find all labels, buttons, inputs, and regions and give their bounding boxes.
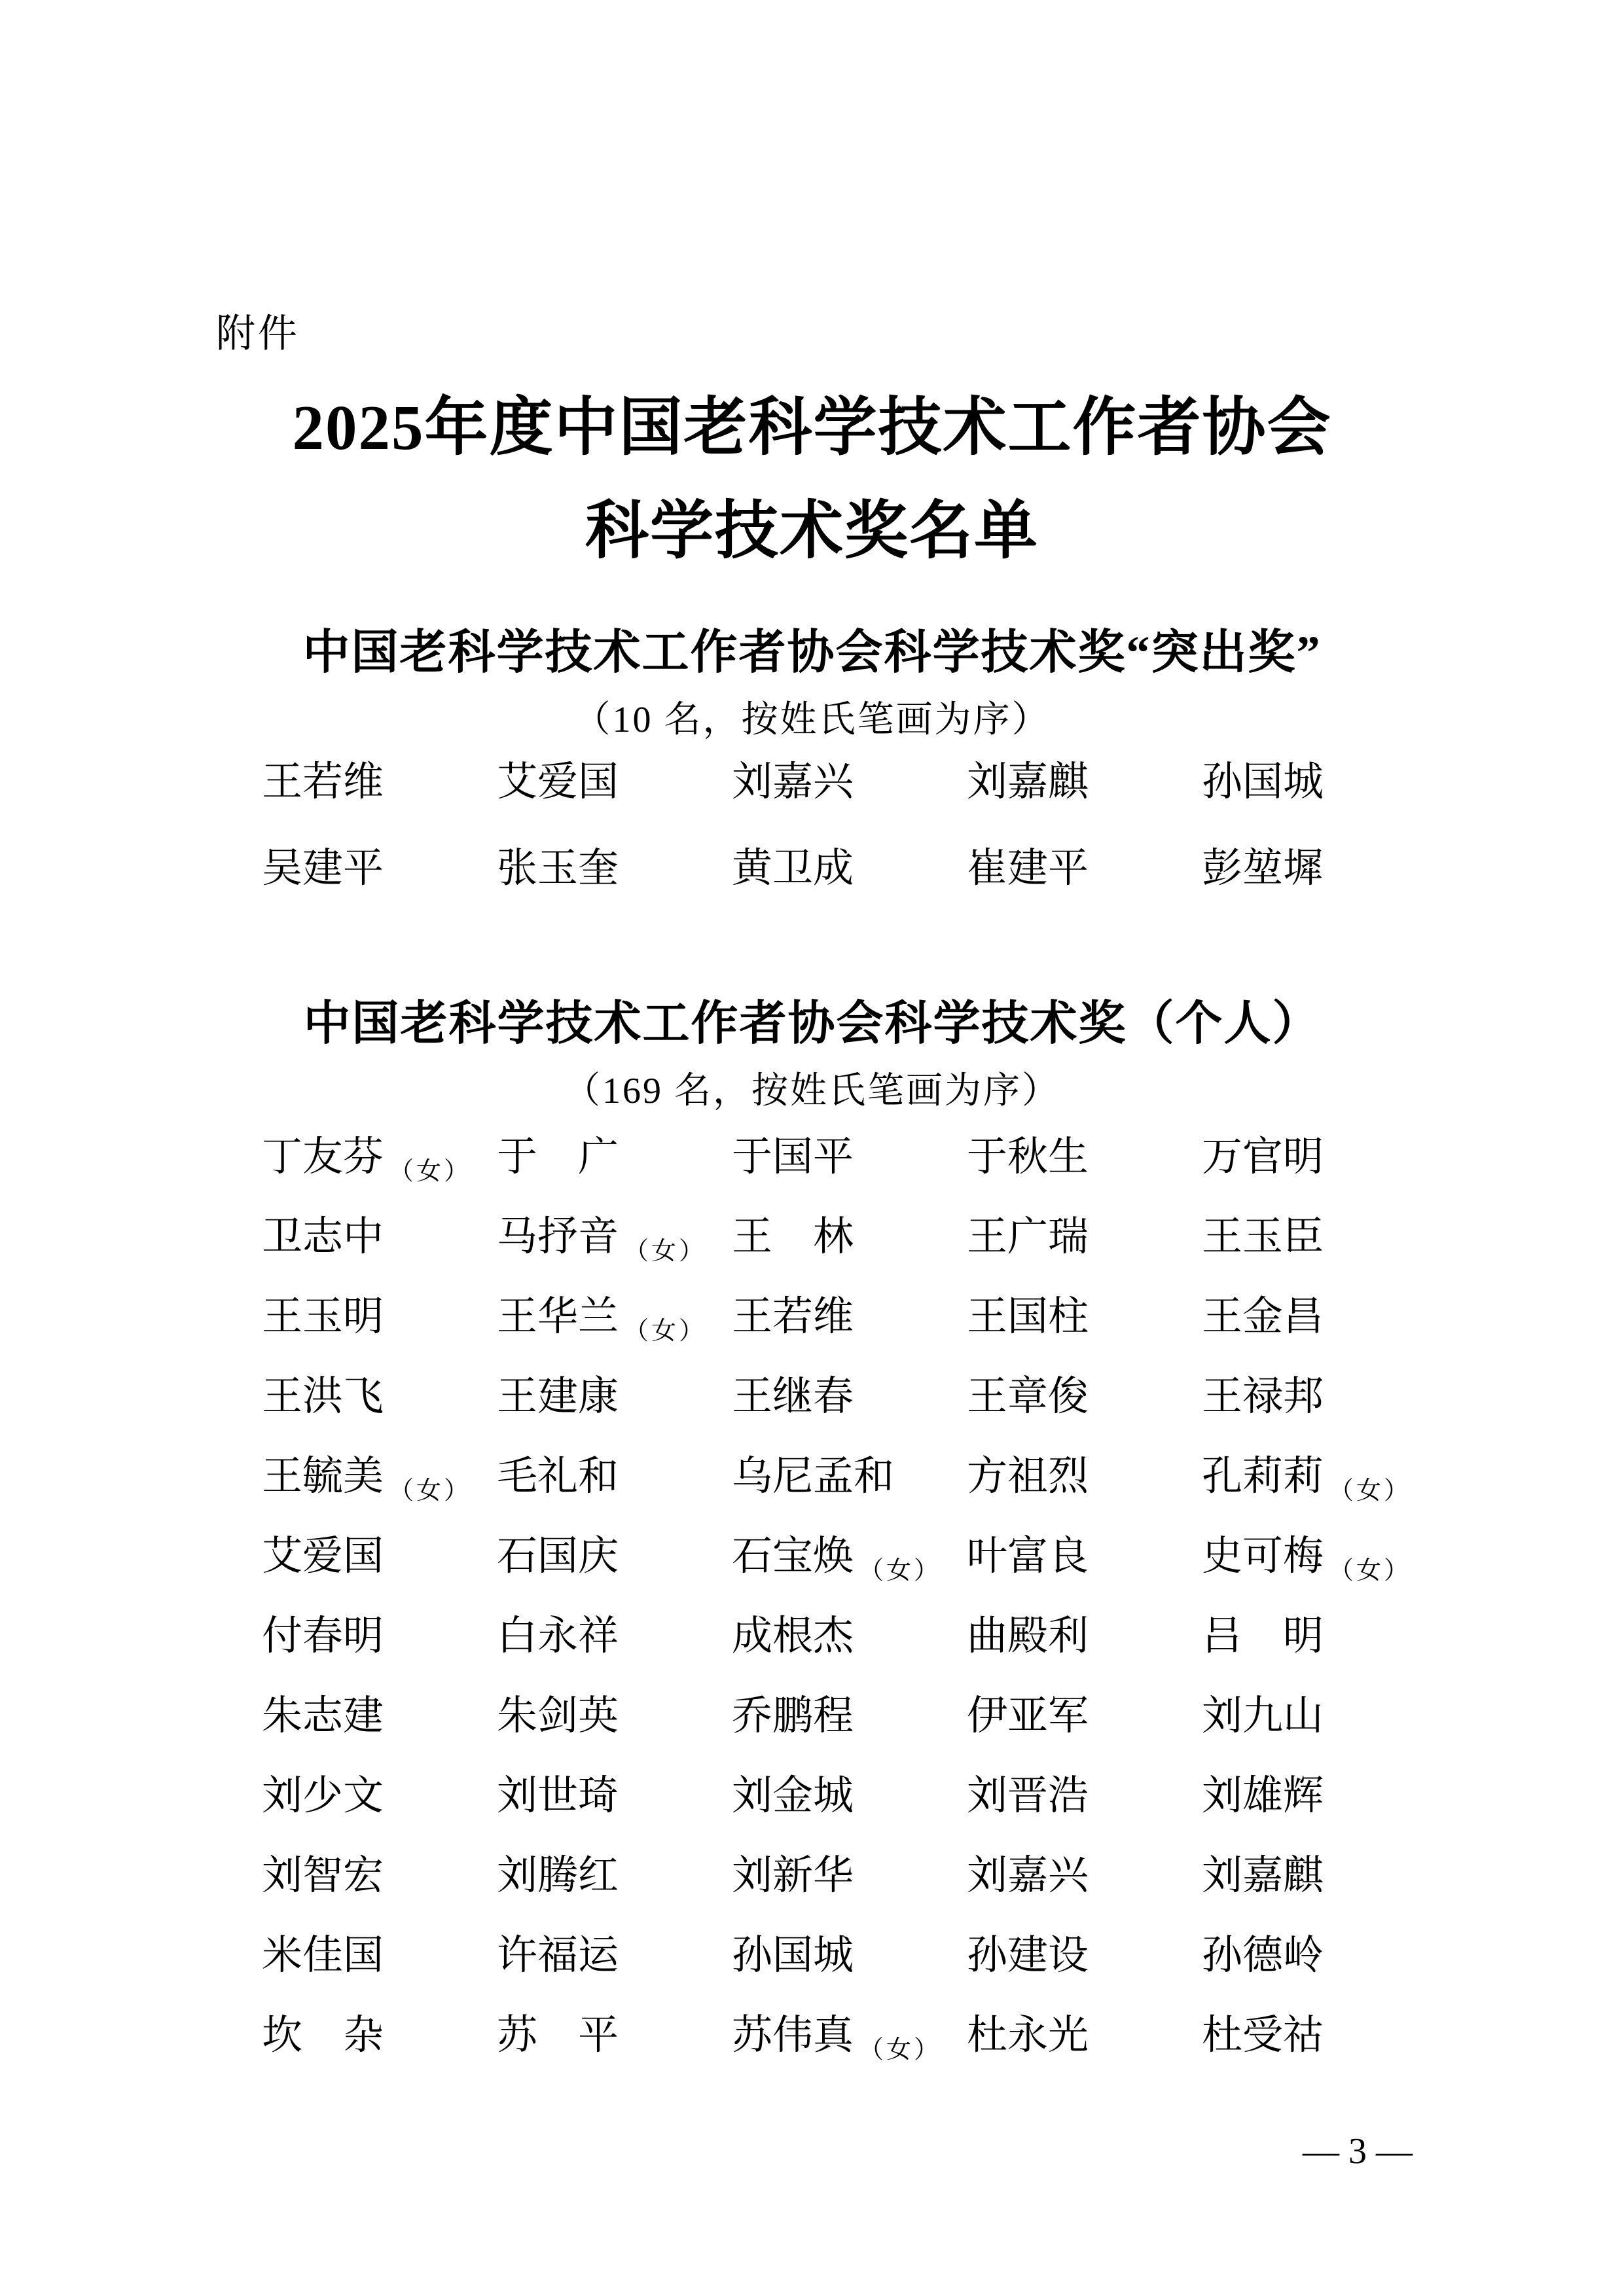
awardee-name-text: 王金昌 [1202,1294,1324,1340]
awardee-name: 王禄邦 [1202,1374,1437,1454]
awardee-name: 刘少文 [262,1773,497,1853]
awardee-name: 王国柱 [967,1294,1202,1374]
awardee-name: 万官明 [1202,1134,1437,1214]
awardee-name: 王洪飞 [262,1374,497,1454]
awardee-name-text: 史可梅 [1202,1534,1324,1579]
awardee-name-text: 艾爱国 [497,759,619,805]
awardee-name: 叶富良 [967,1534,1202,1613]
gender-note: （女） [389,1149,471,1194]
awardee-name-text: 王华兰 [497,1294,619,1340]
awardee-name-text: 刘嘉兴 [732,759,854,805]
awardee-name-text: 乔鹏程 [732,1693,854,1739]
awardee-name-text: 孙德岭 [1202,1933,1324,1979]
gender-note: （女） [624,1229,706,1274]
name-row: 坎 杂苏 平苏伟真（女）杜永光杜受祜 [262,2013,1437,2092]
awardee-name: 王华兰（女） [497,1294,732,1374]
awardee-name-text: 刘晋浩 [967,1773,1089,1819]
awardee-name: 伊亚军 [967,1693,1202,1773]
name-row: 付春明白永祥成根杰曲殿利吕 明 [262,1613,1437,1693]
awardee-name-text: 朱志建 [262,1693,384,1739]
awardee-name-text: 黄卫成 [732,846,854,891]
awardee-name-text: 伊亚军 [967,1693,1089,1739]
awardee-name-text: 石国庆 [497,1534,619,1579]
awardee-name: 孙国城 [1202,759,1437,846]
document-page: 附件 2025年度中国老科学技术工作者协会 科学技术奖名单 中国老科学技术工作者… [0,0,1624,2296]
awardee-name-text: 刘嘉麒 [967,759,1089,805]
name-row: 朱志建朱剑英乔鹏程伊亚军刘九山 [262,1693,1437,1773]
awardee-name-text: 万官明 [1202,1134,1324,1180]
awardee-name-text: 坎 杂 [262,2013,384,2058]
section-2-subtitle: （169 名，按姓氏笔画为序） [0,1062,1624,1114]
awardee-name-text: 刘嘉麒 [1202,1853,1324,1899]
awardee-name: 石国庆 [497,1534,732,1613]
awardee-name-text: 王玉臣 [1202,1214,1324,1260]
awardee-name: 曲殿利 [967,1613,1202,1693]
awardee-name: 卫志中 [262,1214,497,1294]
awardee-name-text: 王广瑞 [967,1214,1089,1260]
awardee-name-text: 王洪飞 [262,1374,384,1420]
awardee-name-text: 刘世琦 [497,1773,619,1819]
awardee-name: 吕 明 [1202,1613,1437,1693]
awardee-name: 刘智宏 [262,1853,497,1933]
awardee-name: 苏伟真（女） [732,2013,967,2092]
awardee-name-text: 白永祥 [497,1613,619,1659]
awardee-name-text: 刘九山 [1202,1693,1324,1739]
section-1-subtitle: （10 名，按姓氏笔画为序） [0,691,1624,743]
awardee-name-text: 王章俊 [967,1374,1089,1420]
awardee-name: 张玉奎 [497,846,732,932]
gender-note: （女） [1329,1548,1411,1594]
awardee-name: 王继春 [732,1374,967,1454]
section-2-heading: 中国老科学技术工作者协会科学技术奖（个人） [0,985,1624,1053]
awardee-name: 王章俊 [967,1374,1202,1454]
awardee-name: 刘金城 [732,1773,967,1853]
awardee-name: 王建康 [497,1374,732,1454]
awardee-name-text: 于 广 [497,1134,619,1180]
awardee-name: 刘九山 [1202,1693,1437,1773]
awardee-name-text: 王国柱 [967,1294,1089,1340]
awardee-name-text: 刘智宏 [262,1853,384,1899]
awardee-name-text: 毛礼和 [497,1454,619,1499]
awardee-name: 孙国城 [732,1933,967,2013]
awardee-name: 孙德岭 [1202,1933,1437,2013]
awardee-name-text: 孙国城 [732,1933,854,1979]
awardee-name-text: 孙建设 [967,1933,1089,1979]
awardee-name-text: 王毓美 [262,1454,384,1499]
awardee-name-text: 王若维 [732,1294,854,1340]
awardee-name-text: 王继春 [732,1374,854,1420]
awardee-name: 刘嘉麒 [967,759,1202,846]
awardee-name-text: 刘少文 [262,1773,384,1819]
awardee-name-text: 王禄邦 [1202,1374,1324,1420]
awardee-name: 杜受祜 [1202,2013,1437,2092]
name-row: 王若维艾爱国刘嘉兴刘嘉麒孙国城 [262,759,1437,846]
name-row: 丁友芬（女）于 广于国平于秋生万官明 [262,1134,1437,1214]
name-row: 王玉明王华兰（女）王若维王国柱王金昌 [262,1294,1437,1374]
section-1-heading: 中国老科学技术工作者协会科学技术奖“突出奖” [0,614,1624,682]
awardee-name: 丁友芬（女） [262,1134,497,1214]
awardee-name-text: 石宝焕 [732,1534,854,1579]
awardee-name: 刘嘉兴 [967,1853,1202,1933]
name-row: 艾爱国石国庆石宝焕（女）叶富良史可梅（女） [262,1534,1437,1613]
awardee-name-text: 方祖烈 [967,1454,1089,1499]
awardee-name-text: 刘金城 [732,1773,854,1819]
awardee-name-text: 孙国城 [1202,759,1324,805]
attachment-label: 附件 [216,302,300,359]
awardee-name: 王广瑞 [967,1214,1202,1294]
awardee-name-text: 刘嘉兴 [967,1853,1089,1899]
page-title-line-1: 2025年度中国老科学技术工作者协会 [0,376,1624,480]
awardee-name: 朱志建 [262,1693,497,1773]
awardee-name: 许福运 [497,1933,732,2013]
gender-note: （女） [624,1308,706,1354]
awardee-name: 杜永光 [967,2013,1202,2092]
awardee-name-text: 苏 平 [497,2013,619,2058]
awardee-name: 王毓美（女） [262,1454,497,1534]
awardee-name-text: 刘新华 [732,1853,854,1899]
awardee-name-text: 孔莉莉 [1202,1454,1324,1499]
awardee-name-text: 王建康 [497,1374,619,1420]
awardee-name-text: 王若维 [262,759,384,805]
awardee-name: 于秋生 [967,1134,1202,1214]
name-row: 王毓美（女）毛礼和乌尼孟和方祖烈孔莉莉（女） [262,1454,1437,1534]
awardee-name: 米佳国 [262,1933,497,2013]
awardee-name: 孙建设 [967,1933,1202,2013]
awardee-name-text: 吕 明 [1202,1613,1324,1659]
awardee-name-text: 朱剑英 [497,1693,619,1739]
awardee-name-text: 米佳国 [262,1933,384,1979]
awardee-name-text: 杜受祜 [1202,2013,1324,2058]
awardee-name-text: 艾爱国 [262,1534,384,1579]
awardee-name: 王若维 [262,759,497,846]
awardee-name-text: 王玉明 [262,1294,384,1340]
awardee-name: 刘嘉麒 [1202,1853,1437,1933]
awardee-name: 刘世琦 [497,1773,732,1853]
section-2-name-grid: 丁友芬（女）于 广于国平于秋生万官明卫志中马抒音（女）王 林王广瑞王玉臣王玉明王… [262,1134,1437,2092]
awardee-name: 于国平 [732,1134,967,1214]
awardee-name: 方祖烈 [967,1454,1202,1534]
awardee-name: 王若维 [732,1294,967,1374]
gender-note: （女） [1329,1468,1411,1514]
awardee-name: 朱剑英 [497,1693,732,1773]
awardee-name: 成根杰 [732,1613,967,1693]
awardee-name-text: 刘腾红 [497,1853,619,1899]
page-number: — 3 — [1303,2130,1413,2172]
gender-note: （女） [859,2027,941,2073]
awardee-name: 乌尼孟和 [732,1454,967,1534]
awardee-name: 刘嘉兴 [732,759,967,846]
awardee-name-text: 彭堃墀 [1202,846,1324,891]
awardee-name-text: 张玉奎 [497,846,619,891]
awardee-name: 马抒音（女） [497,1214,732,1294]
awardee-name-text: 叶富良 [967,1534,1089,1579]
awardee-name: 彭堃墀 [1202,846,1437,932]
gender-note: （女） [859,1548,941,1594]
name-row: 吴建平张玉奎黄卫成崔建平彭堃墀 [262,846,1437,932]
awardee-name-text: 许福运 [497,1933,619,1979]
awardee-name-text: 苏伟真 [732,2013,854,2058]
awardee-name-text: 丁友芬 [262,1134,384,1180]
awardee-name: 乔鹏程 [732,1693,967,1773]
awardee-name: 王 林 [732,1214,967,1294]
awardee-name: 王金昌 [1202,1294,1437,1374]
awardee-name: 孔莉莉（女） [1202,1454,1437,1534]
awardee-name-text: 刘雄辉 [1202,1773,1324,1819]
awardee-name: 崔建平 [967,846,1202,932]
gender-note: （女） [389,1468,471,1514]
awardee-name: 于 广 [497,1134,732,1214]
name-row: 卫志中马抒音（女）王 林王广瑞王玉臣 [262,1214,1437,1294]
awardee-name: 刘腾红 [497,1853,732,1933]
awardee-name-text: 杜永光 [967,2013,1089,2058]
awardee-name: 白永祥 [497,1613,732,1693]
awardee-name: 石宝焕（女） [732,1534,967,1613]
awardee-name-text: 成根杰 [732,1613,854,1659]
awardee-name: 艾爱国 [262,1534,497,1613]
page-title: 2025年度中国老科学技术工作者协会 科学技术奖名单 [0,376,1624,583]
awardee-name-text: 吴建平 [262,846,384,891]
awardee-name-text: 卫志中 [262,1214,384,1260]
name-row: 米佳国许福运孙国城孙建设孙德岭 [262,1933,1437,2013]
awardee-name: 王玉明 [262,1294,497,1374]
page-title-line-2: 科学技术奖名单 [0,480,1624,583]
awardee-name-text: 乌尼孟和 [732,1454,894,1499]
awardee-name: 吴建平 [262,846,497,932]
awardee-name-text: 于秋生 [967,1134,1089,1180]
awardee-name-text: 崔建平 [967,846,1089,891]
awardee-name-text: 王 林 [732,1214,854,1260]
awardee-name-text: 于国平 [732,1134,854,1180]
awardee-name: 王玉臣 [1202,1214,1437,1294]
awardee-name: 毛礼和 [497,1454,732,1534]
awardee-name: 史可梅（女） [1202,1534,1437,1613]
name-row: 王洪飞王建康王继春王章俊王禄邦 [262,1374,1437,1454]
awardee-name: 坎 杂 [262,2013,497,2092]
awardee-name: 刘新华 [732,1853,967,1933]
awardee-name: 刘晋浩 [967,1773,1202,1853]
awardee-name: 付春明 [262,1613,497,1693]
awardee-name-text: 马抒音 [497,1214,619,1260]
name-row: 刘少文刘世琦刘金城刘晋浩刘雄辉 [262,1773,1437,1853]
awardee-name-text: 曲殿利 [967,1613,1089,1659]
awardee-name: 艾爱国 [497,759,732,846]
awardee-name: 刘雄辉 [1202,1773,1437,1853]
name-row: 刘智宏刘腾红刘新华刘嘉兴刘嘉麒 [262,1853,1437,1933]
awardee-name: 苏 平 [497,2013,732,2092]
awardee-name: 黄卫成 [732,846,967,932]
section-1-name-grid: 王若维艾爱国刘嘉兴刘嘉麒孙国城吴建平张玉奎黄卫成崔建平彭堃墀 [262,759,1437,932]
awardee-name-text: 付春明 [262,1613,384,1659]
